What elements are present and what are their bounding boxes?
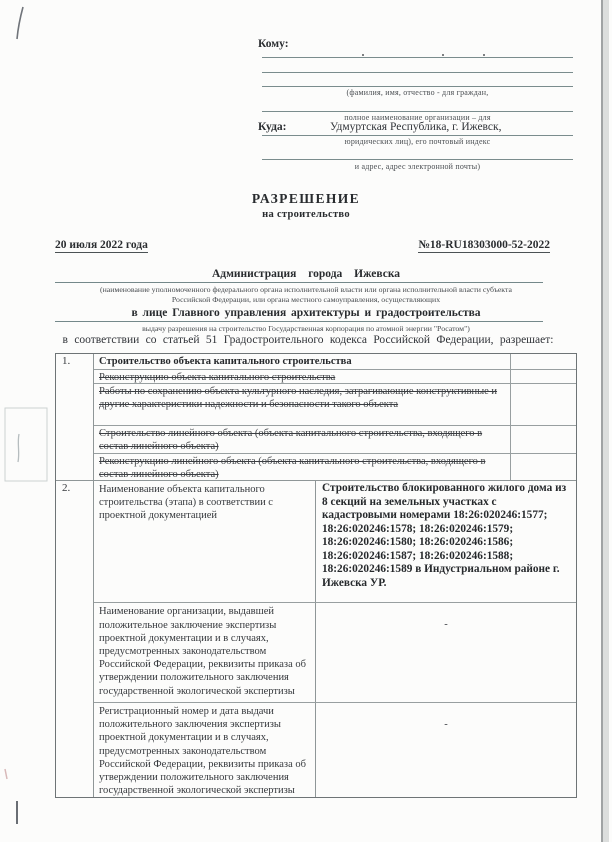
table-row-2: 2. Наименование объекта капитального стр… (56, 480, 576, 797)
doc-subtitle: на строительство (0, 209, 612, 220)
red-smudge (5, 769, 7, 779)
komu-line-1 (262, 57, 573, 58)
doc-number: №18-RU18303000-52-2022 (418, 239, 550, 253)
caption-legal: юридических лиц), его почтовый индекс (262, 137, 573, 146)
komu-line-3 (262, 86, 573, 87)
bleed-through-squiggle (18, 434, 19, 462)
row-2-number: 2. (56, 481, 94, 797)
construction-type-option: Реконструкцию объекта капитального строи… (94, 369, 576, 383)
table-row-1: 1. Строительство объекта капитального ст… (56, 354, 576, 480)
komu-line-2 (262, 72, 573, 73)
expertise-reg-label: Регистрационный номер и дата выдачи поло… (94, 703, 316, 797)
option-text: Строительство линейного объекта (объекта… (94, 426, 510, 453)
bleed-through-box (5, 408, 47, 481)
permit-statement: в соответствии со статьей 51 Градостроит… (34, 334, 582, 346)
authority-caption-1: (наименование уполномоченного федерально… (20, 285, 592, 294)
kuda-value: Удмуртская Республика, г. Ижевск, (330, 121, 501, 133)
ink-dot (442, 54, 444, 56)
address-line (262, 159, 573, 160)
object-name-label: Наименование объекта капитального строит… (94, 481, 316, 602)
construction-type-option: Строительство линейного объекта (объекта… (94, 425, 576, 453)
authority-in-person: в лице Главного управления архитектуры и… (0, 307, 612, 319)
ink-dot (362, 54, 364, 56)
pen-mark-top-left (17, 7, 23, 39)
construction-type-option: Работы по сохранению объекта культурного… (94, 383, 576, 425)
option-mark-cell (510, 454, 576, 480)
authority-underline-2 (55, 321, 543, 322)
option-text: Строительство объекта капитального строи… (94, 354, 510, 369)
expertise-reg-value: - (316, 703, 576, 797)
kuda-label: Куда: (258, 121, 286, 133)
expertise-org-value: - (316, 603, 576, 702)
expertise-reg-row: Регистрационный номер и дата выдачи поло… (94, 702, 576, 797)
ink-dot (483, 54, 485, 56)
permit-table: 1. Строительство объекта капитального ст… (55, 353, 577, 798)
option-mark-cell (510, 384, 576, 425)
option-mark-cell (510, 426, 576, 453)
construction-type-option: Реконструкцию линейного объекта (объекта… (94, 453, 576, 480)
option-mark-cell (510, 354, 576, 369)
object-name-value: Строительство блокированного жилого дома… (316, 481, 576, 602)
page-edge-shadow-line (601, 0, 603, 842)
caption-citizens: (фамилия, имя, отчество - для граждан, (262, 88, 573, 97)
caption-email: и адрес, адрес электронной почты) (262, 162, 573, 171)
expertise-org-row: Наименование организации, выдавшей полож… (94, 602, 576, 702)
construction-type-option: Строительство объекта капитального строи… (94, 354, 576, 369)
authority-caption-2: Российской Федерации, или органа местног… (20, 295, 592, 304)
option-mark-cell (510, 370, 576, 383)
document-page: Кому: (фамилия, имя, отчество - для граж… (0, 0, 612, 842)
authority-caption-3: выдачу разрешения на строительство Госуд… (20, 324, 592, 333)
option-text: Работы по сохранению объекта культурного… (94, 384, 510, 425)
expertise-org-label: Наименование организации, выдавшей полож… (94, 603, 316, 702)
row-1-number: 1. (56, 354, 94, 480)
doc-title: РАЗРЕШЕНИЕ (0, 191, 612, 207)
authority-underline-1 (55, 282, 543, 283)
komu-line-4 (262, 111, 573, 112)
kuda-line (262, 135, 573, 136)
object-name-row: Наименование объекта капитального строит… (94, 481, 576, 602)
option-text: Реконструкцию объекта капитального строи… (94, 370, 510, 383)
page-edge-shadow-band (603, 0, 609, 842)
doc-date: 20 июля 2022 года (55, 239, 148, 253)
komu-label: Кому: (258, 38, 289, 50)
option-text: Реконструкцию линейного объекта (объекта… (94, 454, 510, 480)
authority-name: Администрация города Ижевска (0, 268, 612, 280)
